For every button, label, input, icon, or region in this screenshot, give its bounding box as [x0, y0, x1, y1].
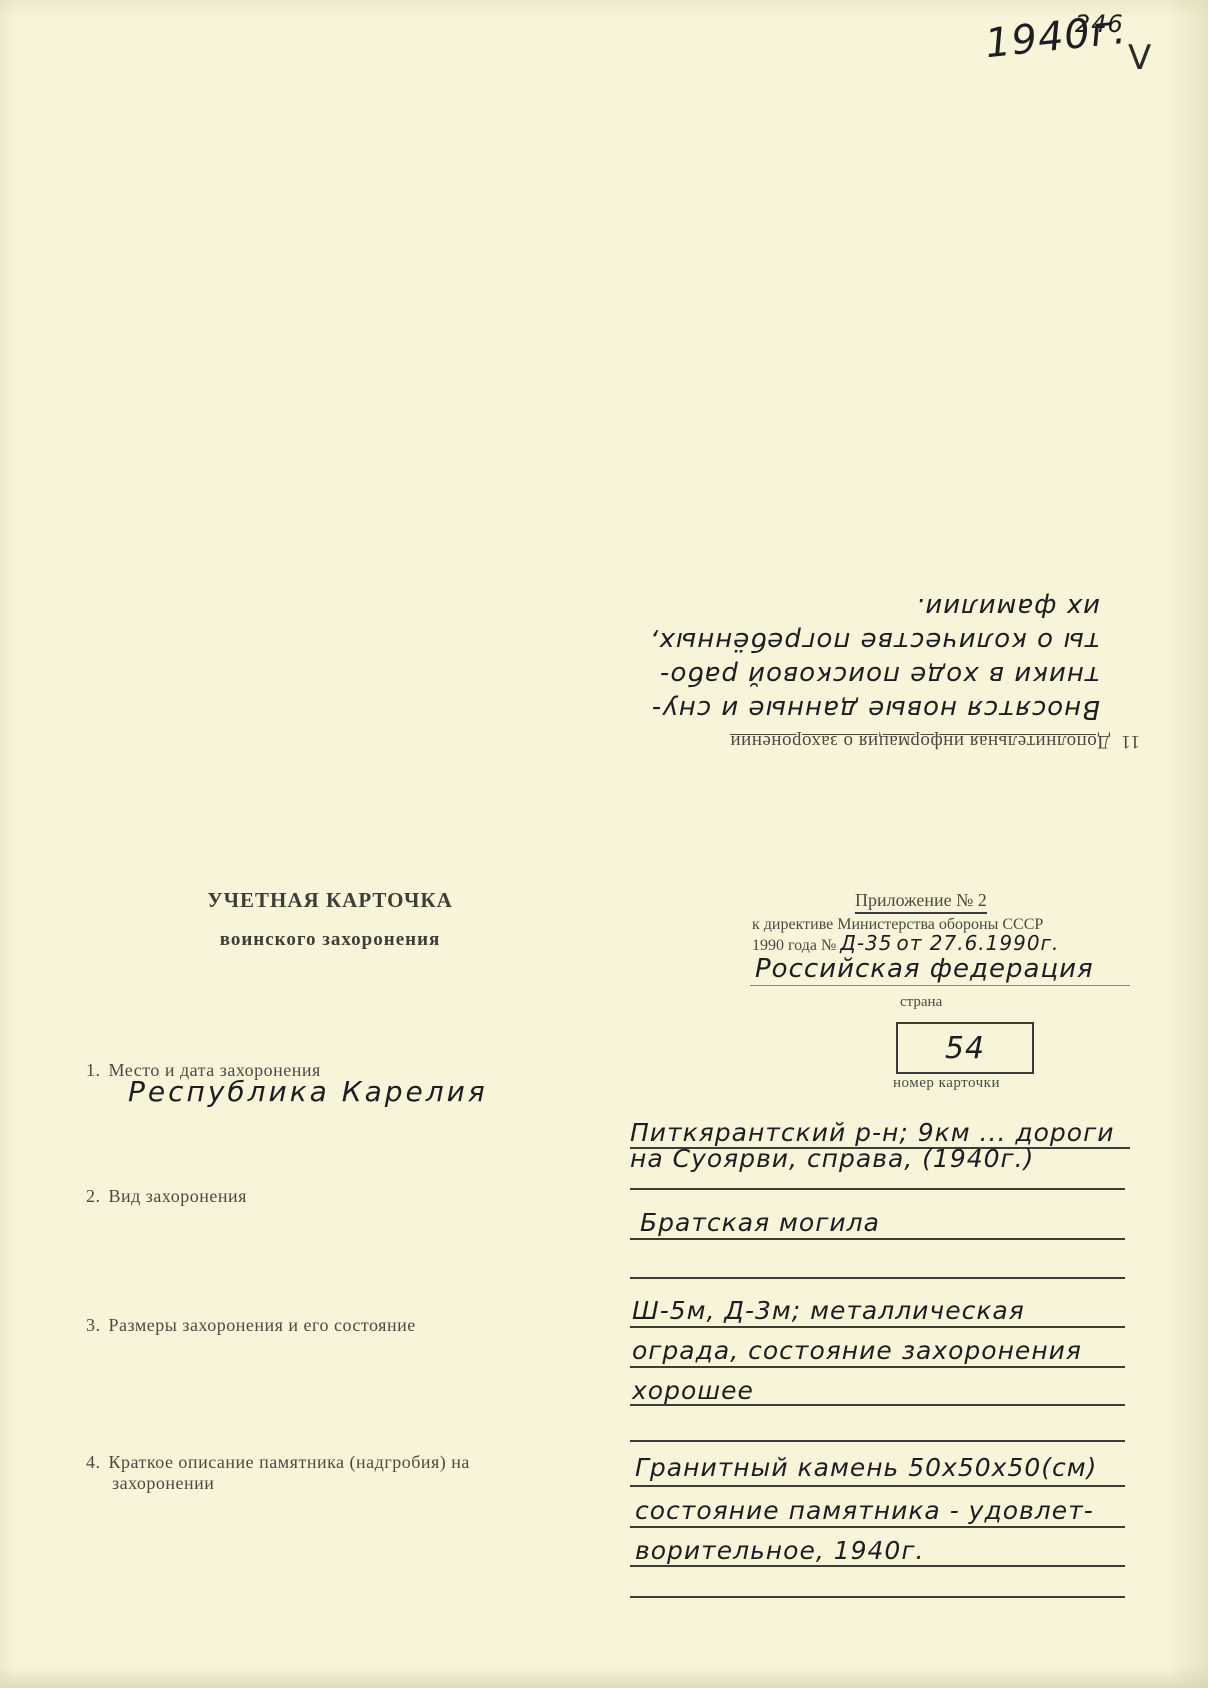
appendix-title: Приложение № 2	[855, 890, 987, 914]
card-number-label: номер карточки	[893, 1075, 1000, 1092]
answer-rule	[630, 1366, 1125, 1368]
additional-info-heading: 11 Дополнительная информация о захоронен…	[580, 730, 1140, 752]
burial-size-line-1: Ш-5м, Д-3м; металлическая	[632, 1298, 1025, 1323]
handwritten-line: ты о количестве погребённых,	[580, 624, 1100, 658]
item-number: 2.	[86, 1186, 101, 1206]
answer-rule	[630, 1485, 1125, 1487]
country-value: Российская федерация	[755, 954, 1094, 984]
item-number: 4.	[86, 1452, 101, 1472]
burial-location-line-2: на Суоярви, справа, (1940г.)	[630, 1146, 1034, 1171]
directive-number-date: 1990 года № Д-35 от 27.6.1990г.	[752, 931, 1059, 955]
card-number: 54	[945, 1031, 985, 1066]
item-label-text: Вид захоронения	[109, 1186, 247, 1206]
answer-rule	[630, 1596, 1125, 1598]
burial-location-line-1: Питкярантский р-н; 9км ... дороги	[630, 1120, 1114, 1145]
archive-page-number: 246	[1075, 10, 1124, 38]
directive-year-prefix: 1990 года №	[752, 937, 836, 954]
handwritten-line: их фамилии.	[580, 590, 1100, 624]
monument-description-line-2: состояние памятника - удовлет-	[635, 1498, 1094, 1523]
item-3-label: 3.Размеры захоронения и его состояние	[86, 1315, 416, 1336]
directive-date: от 27.6.1990г.	[897, 931, 1060, 955]
item-4-label: 4.Краткое описание памятника (надгробия)…	[86, 1452, 586, 1494]
answer-rule	[630, 1565, 1125, 1567]
item-number: 1.	[86, 1060, 101, 1080]
answer-rule	[630, 1277, 1125, 1279]
burial-size-line-3: хорошее	[632, 1378, 754, 1403]
item-number: 3.	[86, 1315, 101, 1335]
section-title: Дополнительная информация о захоронении	[730, 731, 1110, 752]
monument-description-line-1: Гранитный камень 50х50х50(см)	[635, 1455, 1097, 1480]
additional-info-text: Вносятся новые данные и сну- тники в ход…	[580, 590, 1140, 726]
section-number: 11	[1121, 731, 1140, 752]
monument-description-line-3: ворительное, 1940г.	[635, 1538, 924, 1563]
item-2-label: 2.Вид захоронения	[86, 1186, 247, 1207]
check-mark-icon: V	[1128, 38, 1151, 78]
item-label-text: Размеры захоронения и его состояние	[109, 1315, 416, 1335]
answer-rule	[630, 1188, 1125, 1190]
item-label-continuation: захоронении	[86, 1473, 586, 1494]
handwritten-line: тники в ходе поисковой рабо-	[580, 658, 1100, 692]
answer-rule	[630, 1440, 1125, 1442]
additional-info-section: 11 Дополнительная информация о захоронен…	[580, 590, 1140, 752]
card-number-box: 54	[896, 1022, 1034, 1074]
answer-rule	[630, 1526, 1125, 1528]
burial-type-value: Братская могила	[640, 1210, 880, 1235]
answer-rule	[630, 1404, 1125, 1406]
answer-rule	[630, 1238, 1125, 1240]
handwritten-line: Вносятся новые данные и сну-	[580, 692, 1100, 726]
burial-size-line-2: ограда, состояние захоронения	[632, 1338, 1082, 1363]
burial-region-value: Республика Карелия	[128, 1075, 488, 1108]
card-subtitle: воинского захоронения	[180, 929, 480, 951]
country-underline	[750, 985, 1130, 986]
item-label-text: Краткое описание памятника (надгробия) н…	[109, 1452, 470, 1472]
directive-number: Д-35	[840, 931, 892, 955]
country-label: страна	[900, 994, 942, 1011]
answer-rule	[630, 1326, 1125, 1328]
card-title: УЧЕТНАЯ КАРТОЧКА	[180, 888, 480, 913]
